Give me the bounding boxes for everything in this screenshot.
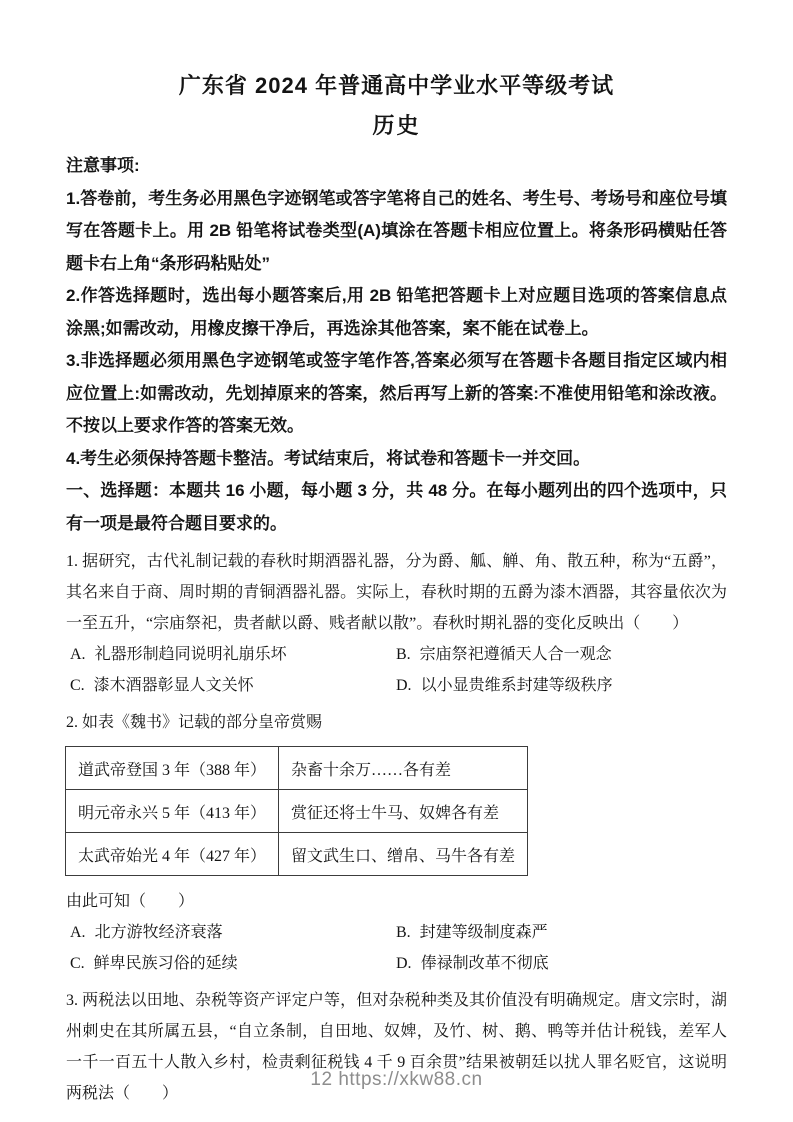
notice-item-4: 4.考生必须保持答题卡整洁。考试结束后，将试卷和答题卡一并交回。	[66, 443, 727, 476]
option-text: 北方游牧经济衰落	[95, 924, 223, 941]
notice-heading: 注意事项:	[66, 150, 727, 183]
option-text: 漆木酒器彰显人文关怀	[94, 677, 254, 694]
notice-item-1: 1.答卷前，考生务必用黑色字迹钢笔或答字笔将自己的姓名、考生号、考场号和座位号填…	[66, 183, 727, 281]
option-label: B.	[396, 646, 411, 663]
table-row: 明元帝永兴 5 年（413 年） 赏征还将士牛马、奴婢各有差	[66, 790, 528, 833]
question-1-options-row-2: C.漆木酒器彰显人文关怀 D.以小显贵维系封建等级秩序	[66, 670, 727, 701]
option-label: C.	[70, 955, 85, 972]
option-text: 宗庙祭祀遵循天人合一观念	[420, 646, 612, 663]
page-title: 广东省 2024 年普通高中学业水平等级考试	[66, 70, 727, 102]
notice-item-3: 3.非选择题必须用黑色字迹钢笔或签字笔作答,答案必须写在答题卡各题目指定区域内相…	[66, 345, 727, 443]
option-label: B.	[396, 924, 411, 941]
option-text: 礼器形制趋同说明礼崩乐坏	[95, 646, 287, 663]
notice-item-2: 2.作答选择题时，选出每小题答案后,用 2B 铅笔把答题卡上对应题目选项的答案信…	[66, 280, 727, 345]
option-label: D.	[396, 677, 412, 694]
page-watermark: 12 https://xkw88.cn	[0, 1068, 793, 1092]
table-row: 道武帝登国 3 年（388 年） 杂畜十余万……各有差	[66, 747, 528, 790]
reward-table: 道武帝登国 3 年（388 年） 杂畜十余万……各有差 明元帝永兴 5 年（41…	[65, 746, 528, 876]
table-cell: 杂畜十余万……各有差	[279, 747, 528, 790]
subject-title: 历史	[66, 110, 727, 142]
table-cell: 道武帝登国 3 年（388 年）	[66, 747, 279, 790]
reward-table-body: 道武帝登国 3 年（388 年） 杂畜十余万……各有差 明元帝永兴 5 年（41…	[66, 747, 528, 876]
option-text: 鲜卑民族习俗的延续	[94, 955, 238, 972]
question-2-option-d: D.俸禄制改革不彻底	[396, 948, 549, 979]
option-text: 封建等级制度森严	[420, 924, 548, 941]
question-2-options-row-1: A.北方游牧经济衰落 B.封建等级制度森严	[66, 917, 727, 948]
question-1-option-a: A.礼器形制趋同说明礼崩乐坏	[66, 639, 396, 670]
question-1-stem: 1. 据研究，古代礼制记载的春秋时期酒器礼器，分为爵、觚、觯、角、散五种，称为“…	[66, 546, 727, 639]
section-heading: 一、选择题：本题共 16 小题，每小题 3 分，共 48 分。在每小题列出的四个…	[66, 475, 727, 540]
question-2-intro: 2. 如表《魏书》记载的部分皇帝赏赐	[66, 707, 727, 738]
question-2-prompt: 由此可知（ ）	[66, 886, 727, 917]
question-2-option-b: B.封建等级制度森严	[396, 917, 548, 948]
question-1-option-d: D.以小显贵维系封建等级秩序	[396, 670, 613, 701]
question-1-options-row-1: A.礼器形制趋同说明礼崩乐坏 B.宗庙祭祀遵循天人合一观念	[66, 639, 727, 670]
exam-page: 广东省 2024 年普通高中学业水平等级考试 历史 注意事项: 1.答卷前，考生…	[0, 0, 793, 1122]
option-label: A.	[70, 924, 86, 941]
question-2-option-a: A.北方游牧经济衰落	[66, 917, 396, 948]
option-label: C.	[70, 677, 85, 694]
question-1-option-c: C.漆木酒器彰显人文关怀	[66, 670, 396, 701]
question-2-option-c: C.鲜卑民族习俗的延续	[66, 948, 396, 979]
option-text: 俸禄制改革不彻底	[421, 955, 549, 972]
table-cell: 留文武生口、缯帛、马牛各有差	[279, 833, 528, 876]
page-content: 广东省 2024 年普通高中学业水平等级考试 历史 注意事项: 1.答卷前，考生…	[0, 0, 793, 1109]
option-label: D.	[396, 955, 412, 972]
table-row: 太武帝始光 4 年（427 年） 留文武生口、缯帛、马牛各有差	[66, 833, 528, 876]
option-text: 以小显贵维系封建等级秩序	[421, 677, 613, 694]
question-2-options-row-2: C.鲜卑民族习俗的延续 D.俸禄制改革不彻底	[66, 948, 727, 979]
table-cell: 赏征还将士牛马、奴婢各有差	[279, 790, 528, 833]
table-cell: 太武帝始光 4 年（427 年）	[66, 833, 279, 876]
question-1-option-b: B.宗庙祭祀遵循天人合一观念	[396, 639, 612, 670]
option-label: A.	[70, 646, 86, 663]
table-cell: 明元帝永兴 5 年（413 年）	[66, 790, 279, 833]
